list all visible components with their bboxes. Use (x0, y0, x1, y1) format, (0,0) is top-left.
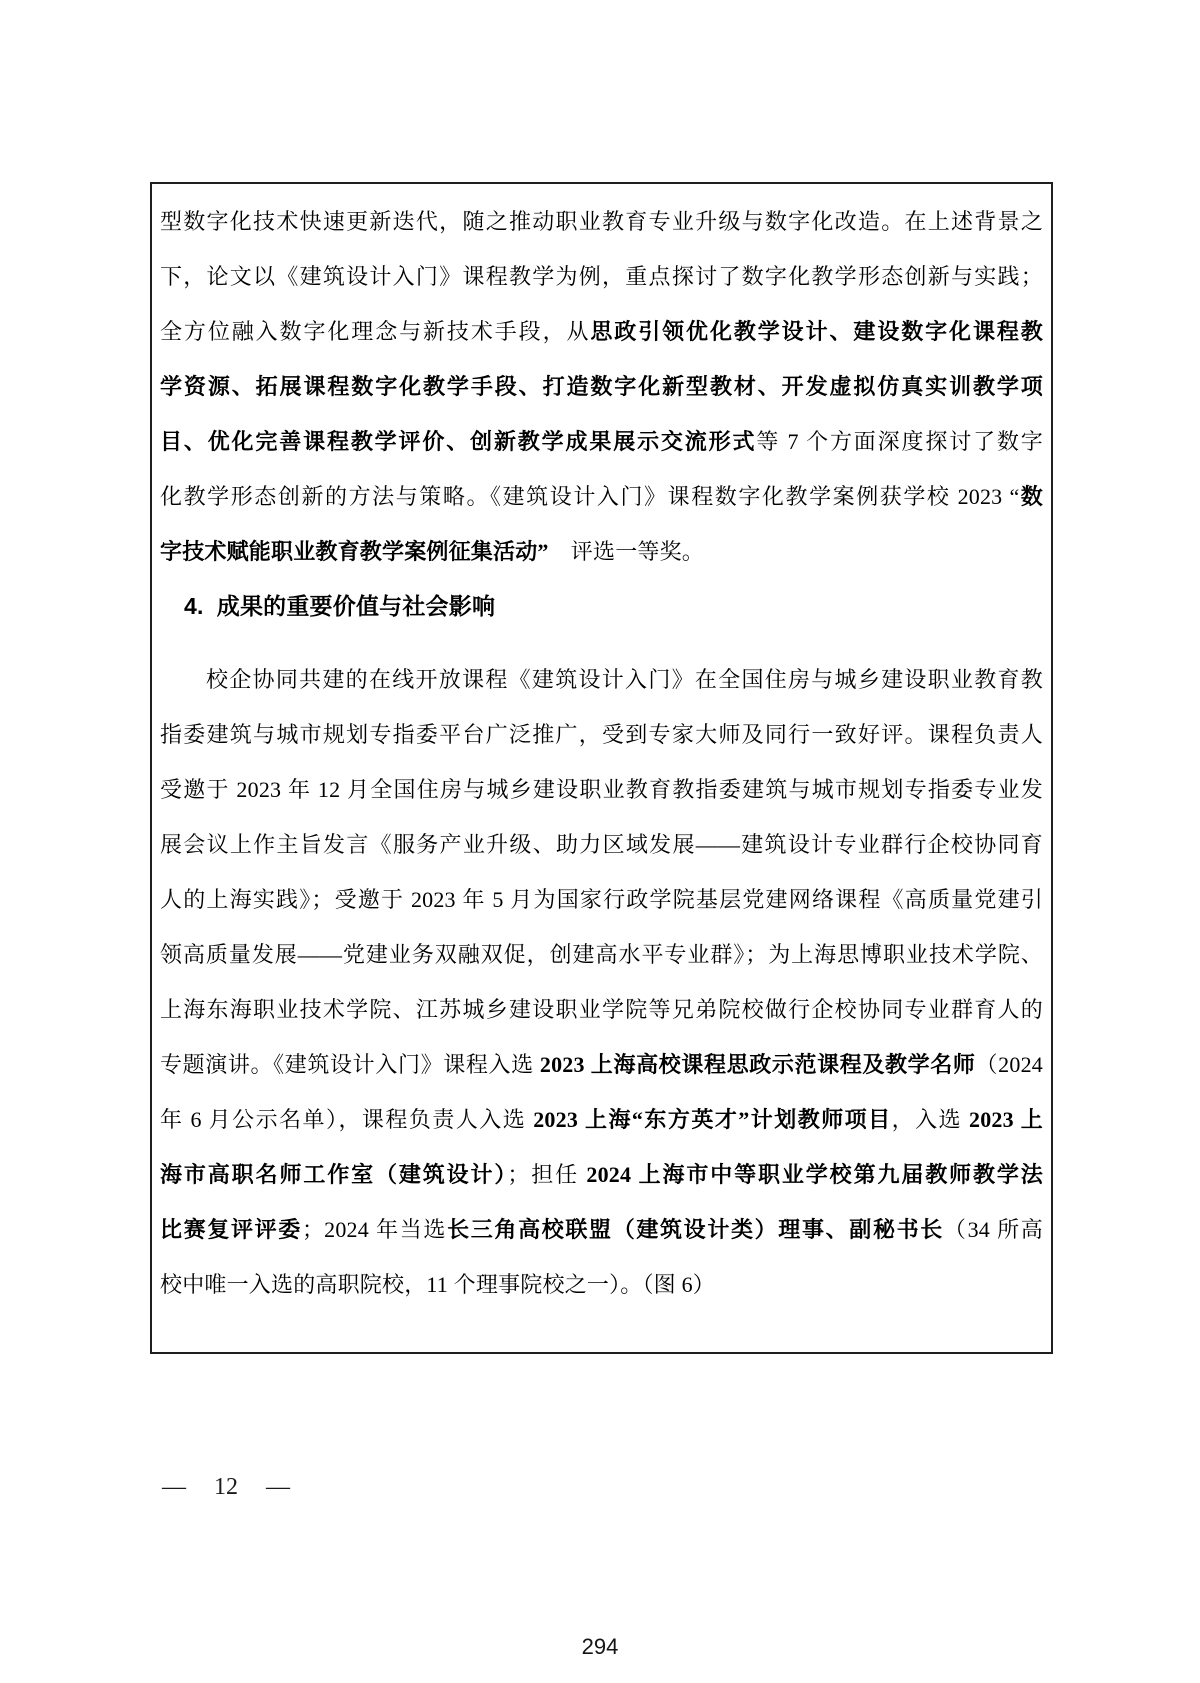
text-segment: 上海东海职业技术学院、江苏城乡建设职业学院等兄弟院校做行企校协同专业群育人的 (160, 997, 1043, 1022)
text-segment: ，入选 (892, 1107, 969, 1132)
text-line: 比赛复评评委；2024 年当选长三角高校联盟（建筑设计类）理事、副秘书长（34 … (160, 1202, 1043, 1257)
text-segment: 受邀于 2023 年 12 月全国住房与城乡建设职业教育教指委建筑与城市规划专指… (160, 777, 1043, 802)
text-line: 校中唯一入选的高职院校，11 个理事院校之一）。（图 6） (160, 1257, 1043, 1312)
text-segment: 化教学形态创新的方法与策略。《建筑设计入门》课程数字化教学案例获学校 2023 … (160, 484, 1019, 509)
bottom-page-number: 294 (0, 1634, 1200, 1660)
bold-text-segment: 2023 上海“东方英才”计划教师项目 (533, 1107, 891, 1132)
bold-text-segment: 目、优化完善课程教学评价、创新教学成果展示交流形式 (160, 429, 756, 454)
text-line: 专题演讲。《建筑设计入门》课程入选 2023 上海高校课程思政示范课程及教学名师… (160, 1037, 1043, 1092)
bold-text-segment: 字技术赋能职业教育教学案例征集活动” (160, 539, 549, 564)
bold-text-segment: 思政引领优化教学设计、建设数字化课程教 (590, 319, 1043, 344)
page: 型数字化技术快速更新迭代，随之推动职业教育专业升级与数字化改造。在上述背景之下，… (0, 0, 1200, 1683)
footer-dash-left: — (162, 1474, 186, 1501)
footer-dash-right: — (266, 1474, 290, 1501)
bold-text-segment: 比赛复评评委 (160, 1217, 302, 1242)
bold-text-segment: 数 (1019, 484, 1043, 509)
text-segment: （34 所高 (944, 1217, 1043, 1242)
text-segment: 全方位融入数字化理念与新技术手段，从 (160, 319, 590, 344)
text-line: 下，论文以《建筑设计入门》课程教学为例，重点探讨了数字化教学形态创新与实践； (160, 249, 1043, 304)
text-segment: 展会议上作主旨发言《服务产业升级、助力区域发展——建筑设计专业群行企校协同育 (160, 832, 1043, 857)
bold-text-segment: 长三角高校联盟（建筑设计类）理事、副秘书长 (447, 1217, 944, 1242)
document-body: 型数字化技术快速更新迭代，随之推动职业教育专业升级与数字化改造。在上述背景之下，… (152, 184, 1051, 1312)
text-segment: 评选一等奖。 (549, 539, 704, 564)
text-segment: 下，论文以《建筑设计入门》课程教学为例，重点探讨了数字化教学形态创新与实践； (160, 264, 1043, 289)
text-segment: 领高质量发展——党建业务双融双促，创建高水平专业群》；为上海思博职业技术学院、 (160, 942, 1043, 967)
text-line: 化教学形态创新的方法与策略。《建筑设计入门》课程数字化教学案例获学校 2023 … (160, 469, 1043, 524)
text-segment: 年 6 月公示名单），课程负责人入选 (160, 1107, 533, 1132)
text-line: 字技术赋能职业教育教学案例征集活动” 评选一等奖。 (160, 524, 1043, 579)
text-segment: （2024 (976, 1052, 1043, 1077)
text-line: 领高质量发展——党建业务双融双促，创建高水平专业群》；为上海思博职业技术学院、 (160, 927, 1043, 982)
text-segment: 4. 成果的重要价值与社会影响 (184, 593, 495, 619)
text-line: 全方位融入数字化理念与新技术手段，从思政引领优化教学设计、建设数字化课程教 (160, 304, 1043, 359)
footer-page-number: 12 (214, 1474, 238, 1501)
text-line: 受邀于 2023 年 12 月全国住房与城乡建设职业教育教指委建筑与城市规划专指… (160, 762, 1043, 817)
bold-text-segment: 海市高职名师工作室（建筑设计） (160, 1162, 507, 1187)
bold-text-segment: 2024 上海市中等职业学校第九届教师教学法 (586, 1162, 1043, 1187)
text-segment: 人的上海实践》；受邀于 2023 年 5 月为国家行政学院基层党建网络课程《高质… (160, 887, 1043, 912)
footer-page-label: — 12 — (162, 1474, 290, 1501)
text-line: 校企协同共建的在线开放课程《建筑设计入门》在全国住房与城乡建设职业教育教 (160, 652, 1043, 707)
text-line: 指委建筑与城市规划专指委平台广泛推广，受到专家大师及同行一致好评。课程负责人 (160, 707, 1043, 762)
text-segment: 专题演讲。《建筑设计入门》课程入选 (160, 1052, 540, 1077)
text-line: 学资源、拓展课程数字化教学手段、打造数字化新型教材、开发虚拟仿真实训教学项 (160, 359, 1043, 414)
text-line: 人的上海实践》；受邀于 2023 年 5 月为国家行政学院基层党建网络课程《高质… (160, 872, 1043, 927)
text-segment: ；2024 年当选 (302, 1217, 447, 1242)
text-line: 目、优化完善课程教学评价、创新教学成果展示交流形式等 7 个方面深度探讨了数字 (160, 414, 1043, 469)
section-heading: 4. 成果的重要价值与社会影响 (160, 579, 1043, 634)
text-segment: 校企协同共建的在线开放课程《建筑设计入门》在全国住房与城乡建设职业教育教 (206, 667, 1043, 692)
text-segment: ；担任 (507, 1162, 586, 1187)
text-line: 海市高职名师工作室（建筑设计）；担任 2024 上海市中等职业学校第九届教师教学… (160, 1147, 1043, 1202)
text-segment: 指委建筑与城市规划专指委平台广泛推广，受到专家大师及同行一致好评。课程负责人 (160, 722, 1043, 747)
bold-text-segment: 2023 上 (969, 1107, 1043, 1132)
text-line: 型数字化技术快速更新迭代，随之推动职业教育专业升级与数字化改造。在上述背景之 (160, 194, 1043, 249)
text-line: 上海东海职业技术学院、江苏城乡建设职业学院等兄弟院校做行企校协同专业群育人的 (160, 982, 1043, 1037)
document-border-box: 型数字化技术快速更新迭代，随之推动职业教育专业升级与数字化改造。在上述背景之下，… (150, 182, 1053, 1354)
text-segment: 校中唯一入选的高职院校，11 个理事院校之一）。（图 6） (160, 1272, 715, 1297)
text-segment: 型数字化技术快速更新迭代，随之推动职业教育专业升级与数字化改造。在上述背景之 (160, 209, 1043, 234)
text-line: 展会议上作主旨发言《服务产业升级、助力区域发展——建筑设计专业群行企校协同育 (160, 817, 1043, 872)
bold-text-segment: 2023 上海高校课程思政示范课程及教学名师 (540, 1052, 976, 1077)
text-segment: 等 7 个方面深度探讨了数字 (756, 429, 1043, 454)
text-line: 年 6 月公示名单），课程负责人入选 2023 上海“东方英才”计划教师项目，入… (160, 1092, 1043, 1147)
bold-text-segment: 学资源、拓展课程数字化教学手段、打造数字化新型教材、开发虚拟仿真实训教学项 (160, 374, 1043, 399)
